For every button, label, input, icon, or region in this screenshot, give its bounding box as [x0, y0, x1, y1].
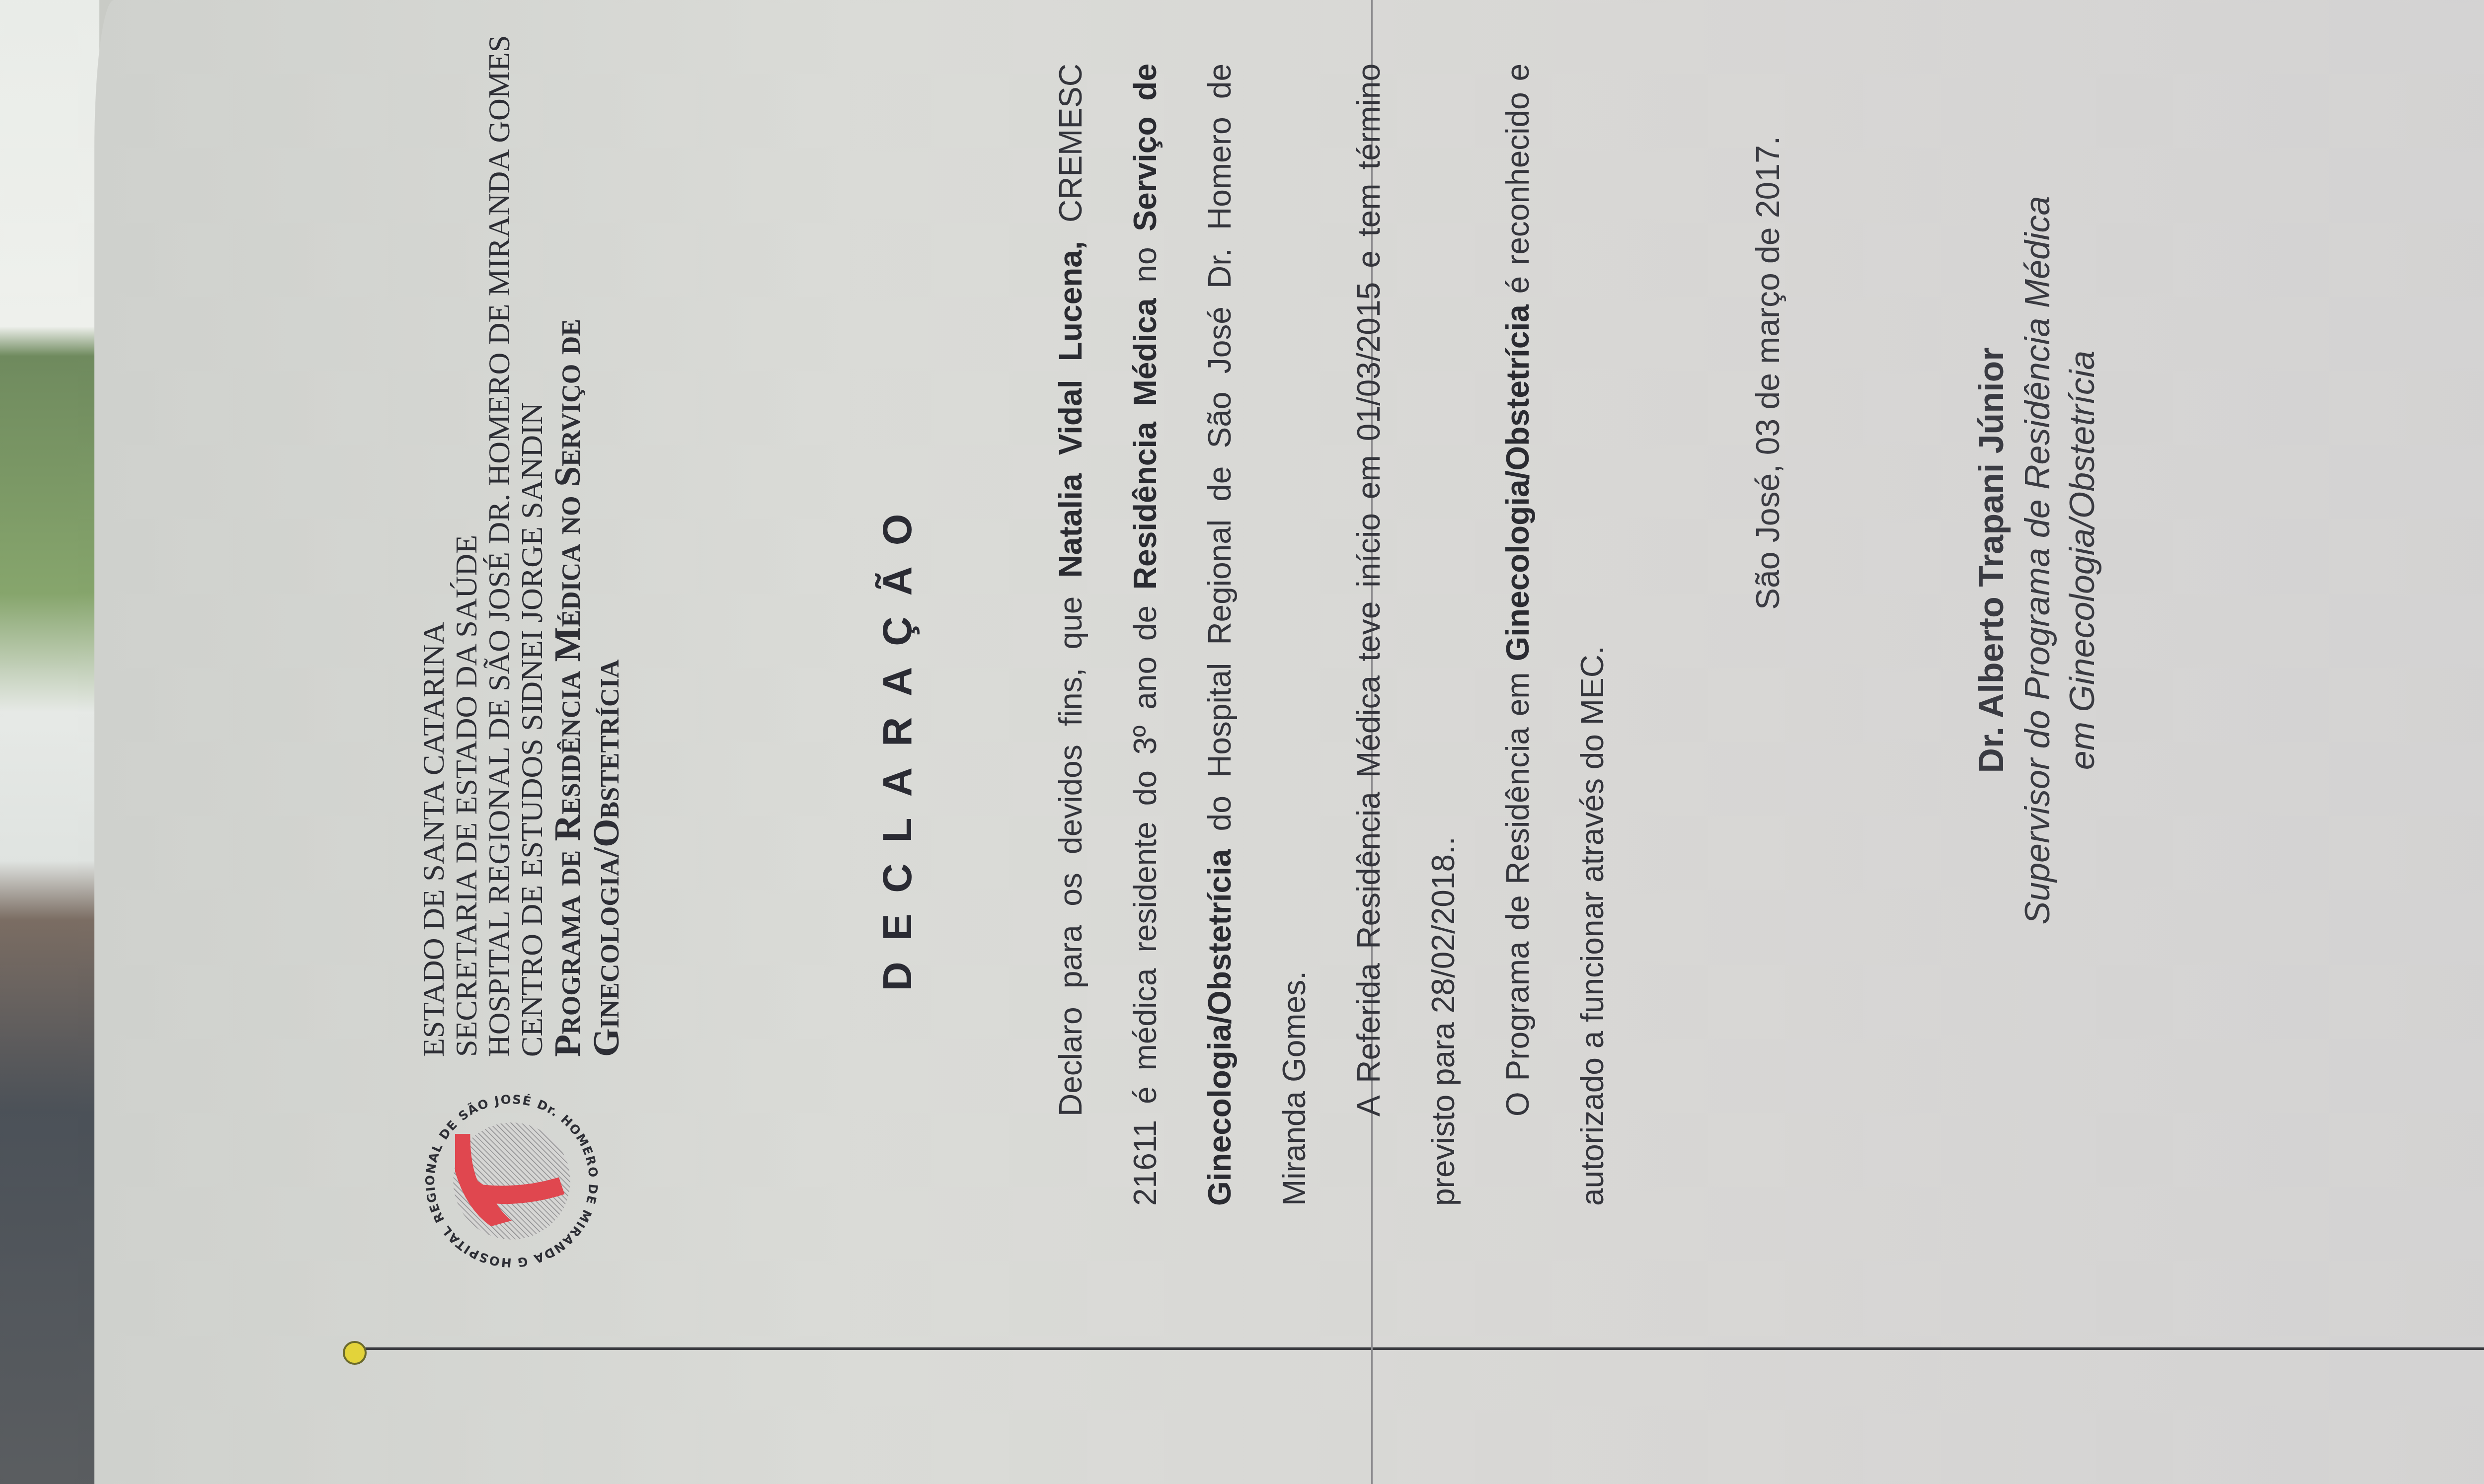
paragraph-dates: A Referida Residência Médica teve início… — [1331, 64, 1480, 1206]
letterhead-hospital: HOSPITAL REGIONAL DE SÃO JOSÉ DR. HOMERO… — [483, 35, 516, 1057]
declaration-document: HOSPITAL REGIONAL DE SÃO JOSÉ Dr. HOMERO… — [0, 0, 2484, 1484]
letterhead: HOSPITAL REGIONAL DE SÃO JOSÉ Dr. HOMERO… — [417, 83, 626, 1275]
letterhead-specialty: Ginecologia/Obstetrícia — [587, 35, 626, 1057]
place-date: São José, 03 de março de 2017. — [1749, 136, 1786, 610]
declaration-body: Declaro para os devidos fins, que Natali… — [1033, 64, 1630, 1206]
letterhead-secretariat: SECRETARIA DE ESTADO DA SAÚDE — [450, 35, 483, 1057]
p3-bold-specialty: Ginecologia/Obstetrícia — [1500, 304, 1536, 661]
letterhead-study-center: CENTRO DE ESTUDOS SIDNEI JORGE SANDIN — [516, 35, 548, 1057]
letterhead-program: Programa de Residência Médica no Serviço… — [548, 35, 587, 1057]
paragraph-declaration: Declaro para os devidos fins, que Natali… — [1033, 64, 1331, 1206]
signatory-role-line-1: Supervisor do Programa de Residência Méd… — [2015, 163, 2060, 958]
p1-text-1: Declaro para os devidos fins, que — [1053, 578, 1088, 1116]
signatory-role-line-2: em Ginecologia/Obstetrícia — [2060, 163, 2104, 958]
hospital-logo-icon: HOSPITAL REGIONAL DE SÃO JOSÉ Dr. HOMERO… — [417, 1087, 606, 1275]
signatory-name: Dr. Alberto Trapani Júnior — [1967, 163, 2015, 958]
document-title: DECLARAÇÃO — [874, 0, 921, 1484]
letterhead-text: ESTADO DE SANTA CATARINA SECRETARIA DE E… — [417, 35, 626, 1057]
p3-text-1: O Programa de Residência em — [1500, 662, 1536, 1116]
p1-text-3: no — [1127, 231, 1163, 298]
paragraph-accreditation: O Programa de Residência em Ginecologia/… — [1480, 64, 1630, 1206]
p1-bold-residency: Residência Médica — [1127, 298, 1163, 590]
signature-block: Dr. Alberto Trapani Júnior Supervisor do… — [1967, 163, 2104, 958]
letterhead-state: ESTADO DE SANTA CATARINA — [417, 35, 450, 1057]
pushpin-icon — [343, 1341, 367, 1365]
resident-name: Natalia Vidal Lucena, — [1053, 241, 1088, 578]
